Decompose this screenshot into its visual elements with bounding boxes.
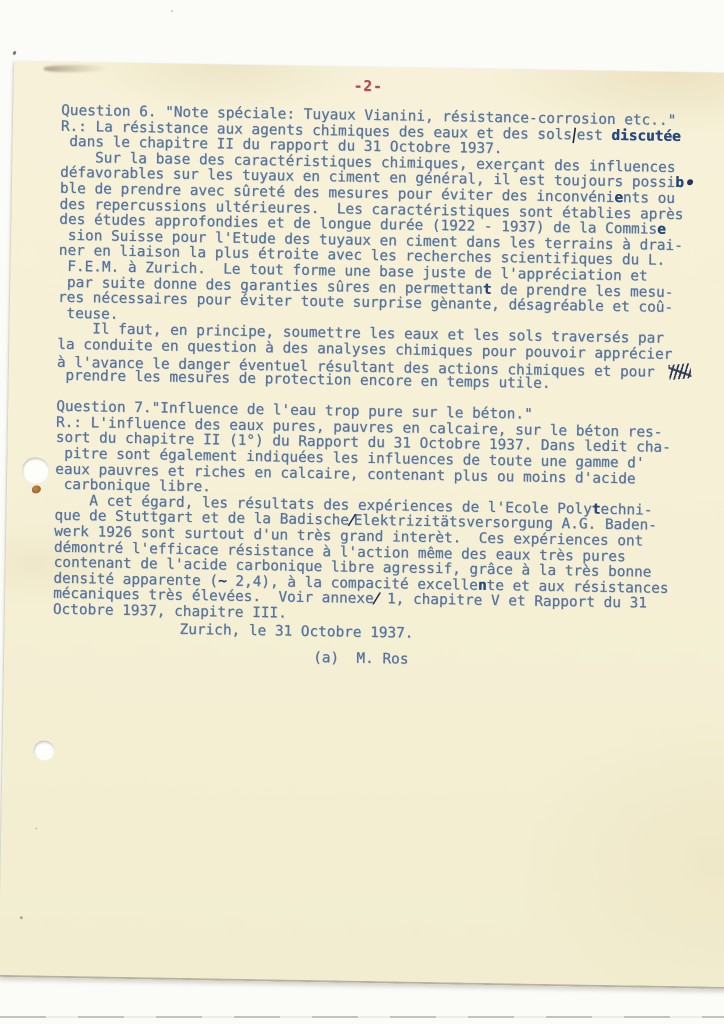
- paper-speck: [35, 827, 37, 829]
- typewritten-text: b: [675, 175, 684, 191]
- document-text: Question 6. "Note spéciale: Tuyaux Viani…: [53, 104, 696, 629]
- pen-scribble-mark: [669, 363, 692, 380]
- pen-stroke-mark: /: [346, 513, 357, 531]
- rust-stain: [32, 485, 41, 493]
- typewritten-text: Octobre 1937, chapitre III.: [53, 602, 287, 622]
- typewritten-text: e: [657, 222, 666, 238]
- date-line: Zurich, le 31 Octobre 1937.: [179, 622, 413, 642]
- typewritten-text: est: [577, 127, 612, 144]
- punch-hole: [22, 457, 49, 483]
- typewritten-text: echni-: [600, 502, 652, 519]
- page-number: -2-: [353, 79, 382, 95]
- document-page: -2- Question 6. "Note spéciale: Tuyaux V…: [0, 61, 724, 989]
- smudge-mark: [44, 65, 108, 73]
- signature-line: (a) M. Ros: [313, 650, 409, 668]
- typewritten-text: t: [592, 501, 601, 517]
- pen-stroke-mark: /: [371, 591, 382, 609]
- scan-speck: [171, 10, 173, 12]
- typewritten-text: nts ou: [623, 190, 675, 207]
- scan-speck: [12, 51, 17, 56]
- paper-speck: [20, 916, 23, 919]
- punch-hole: [33, 740, 54, 760]
- scan-edge-line: [0, 1016, 724, 1018]
- ink-blot-mark: [687, 180, 693, 186]
- typewritten-text: discutée: [611, 128, 681, 145]
